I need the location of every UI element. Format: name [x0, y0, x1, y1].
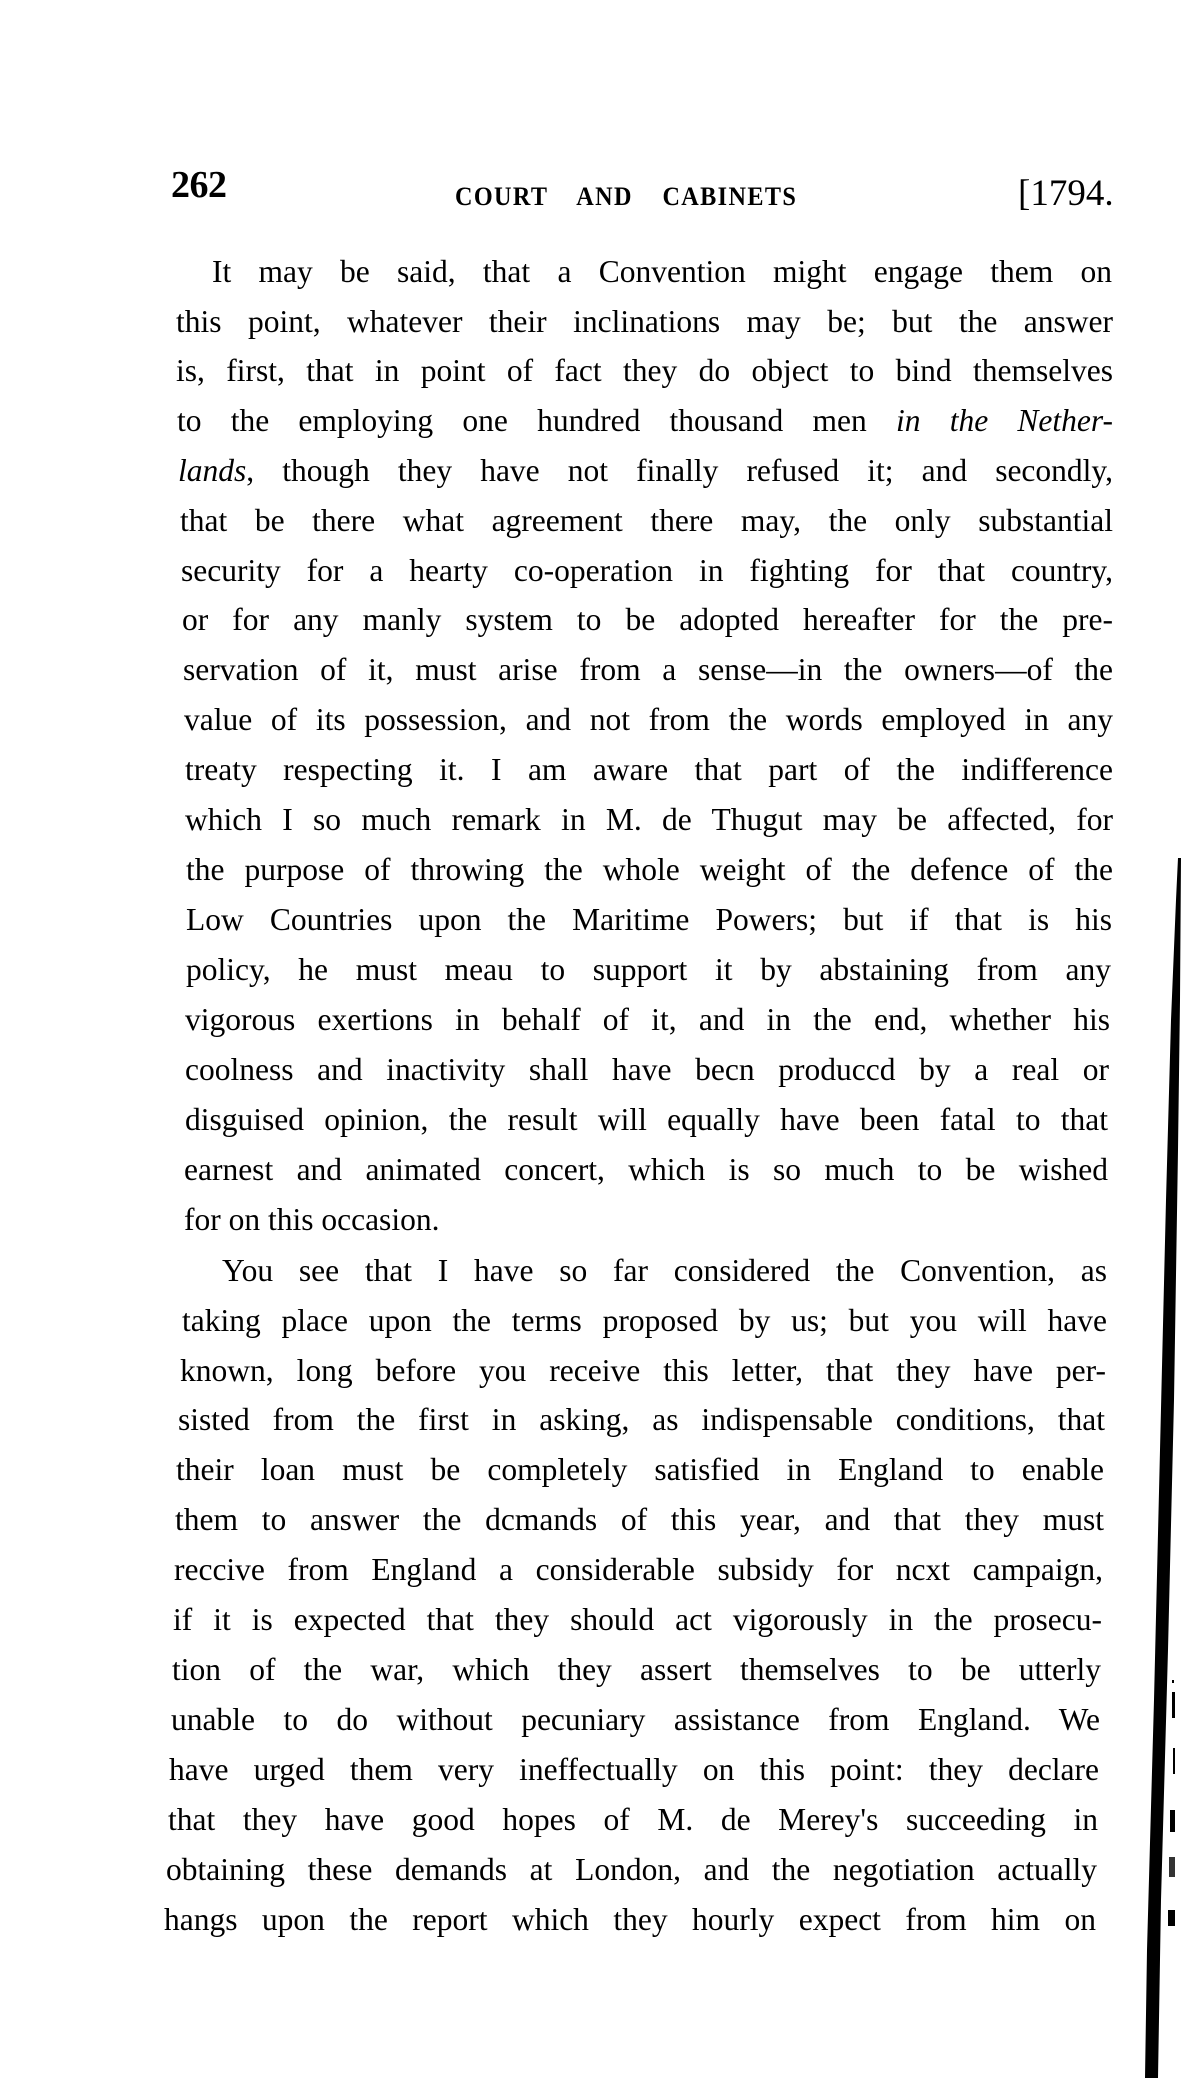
binding-edge-shadow	[0, 0, 1181, 2078]
bleed-through-mark	[1172, 1680, 1174, 1683]
bleed-through-mark	[1173, 1748, 1175, 1774]
book-page: 262 COURT AND CABINETS [1794. It may be …	[0, 0, 1181, 2078]
bleed-through-mark	[1170, 1810, 1175, 1832]
bleed-through-mark	[1172, 1692, 1175, 1718]
bleed-through-mark	[1168, 1910, 1175, 1926]
bleed-through-mark	[1169, 1857, 1175, 1877]
